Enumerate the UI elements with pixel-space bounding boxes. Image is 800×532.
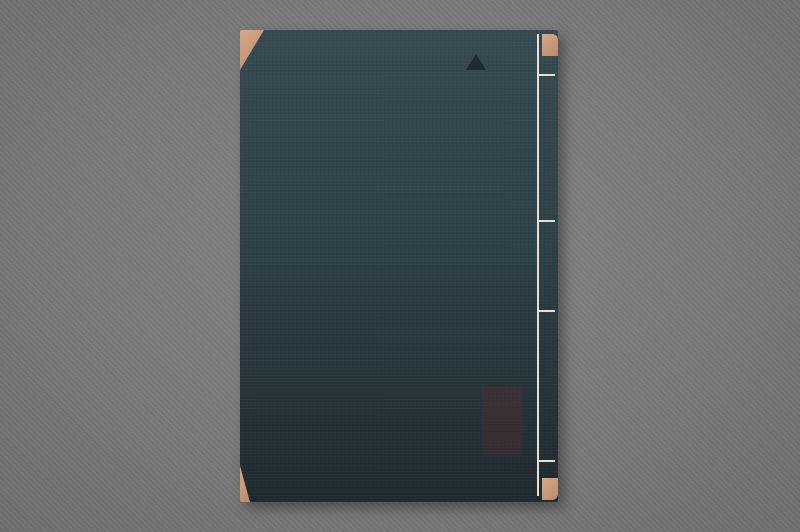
binding-thread <box>537 34 539 496</box>
stitch <box>537 220 555 222</box>
faded-seal <box>482 386 522 456</box>
book-cover <box>240 30 558 502</box>
cover-mark <box>466 54 486 70</box>
stitch <box>537 460 555 462</box>
stitch <box>537 310 555 312</box>
worn-corner-bottom-right <box>542 478 558 500</box>
worn-corner-top-right <box>542 34 558 56</box>
stitch <box>537 74 555 76</box>
